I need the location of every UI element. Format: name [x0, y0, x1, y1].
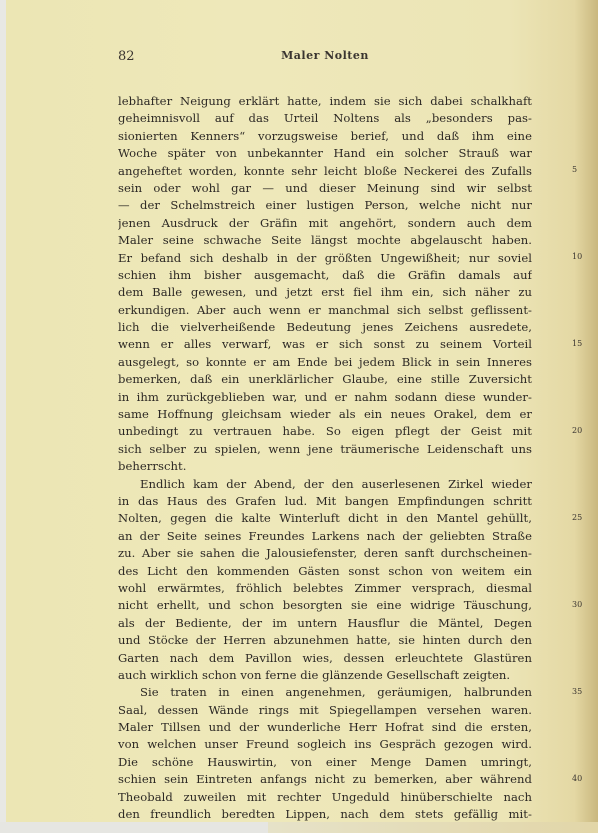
text-line: des Licht den kommenden Gästen sonst sch… — [118, 563, 532, 580]
line-number: 10 — [572, 252, 592, 261]
page-bottom-edge — [0, 822, 598, 833]
text-line: und Stöcke der Herren abzunehmen hatte, … — [118, 632, 532, 649]
text-line: sionierten Kenners“ vorzugsweise berief,… — [118, 128, 532, 145]
line-number: 15 — [572, 339, 592, 348]
text-line: jenen Ausdruck der Gräfin mit angehört, … — [118, 215, 532, 232]
text-line: Theobald zuweilen mit rechter Ungeduld h… — [118, 789, 532, 806]
text-line: angeheftet worden, konnte sehr leicht bl… — [118, 163, 532, 180]
text-line: beherrscht. — [118, 458, 532, 475]
text-line: schien ihm bisher ausgemacht, daß die Gr… — [118, 267, 532, 284]
text-line: den freundlich beredten Lippen, nach dem… — [118, 806, 532, 823]
text-line: wenn er alles verwarf, was er sich sonst… — [118, 336, 532, 353]
book-page: 82 Maler Nolten lebhafter Neigung erklär… — [6, 0, 598, 822]
text-line: Er befand sich deshalb in der größten Un… — [118, 250, 532, 267]
text-line: geheimnisvoll auf das Urteil Noltens als… — [118, 110, 532, 127]
text-line: Maler Tillsen und der wunderliche Herr H… — [118, 719, 532, 736]
line-number: 5 — [572, 165, 592, 174]
text-line: Die schöne Hauswirtin, von einer Menge D… — [118, 754, 532, 771]
text-line: in ihm zurückgeblieben war, und er nahm … — [118, 389, 532, 406]
line-number: 30 — [572, 600, 592, 609]
running-title: Maler Nolten — [118, 49, 532, 62]
line-number: 35 — [572, 687, 592, 696]
text-line: — der Schelmstreich einer lustigen Perso… — [118, 197, 532, 214]
text-line: Sie traten in einen angenehmen, geräumig… — [118, 684, 532, 701]
text-line: sich selber zu spielen, wenn jene träume… — [118, 441, 532, 458]
text-line: an der Seite seines Freundes Larkens nac… — [118, 528, 532, 545]
text-line: als der Bediente, der im untern Hausflur… — [118, 615, 532, 632]
text-line: Maler seine schwache Seite längst mochte… — [118, 232, 532, 249]
text-line: Endlich kam der Abend, der den auserlese… — [118, 476, 532, 493]
text-line: lich die vielverheißende Bedeutung jenes… — [118, 319, 532, 336]
text-line: lebhafter Neigung erklärt hatte, indem s… — [118, 93, 532, 110]
text-line: Woche später von unbekannter Hand ein so… — [118, 145, 532, 162]
line-number: 25 — [572, 513, 592, 522]
text-line: auch wirklich schon von ferne die glänze… — [118, 667, 532, 684]
text-line: bemerken, daß ein unerklärlicher Glaube,… — [118, 371, 532, 388]
text-line: dem Balle gewesen, und jetzt erst fiel i… — [118, 284, 532, 301]
page-header: 82 Maler Nolten — [118, 49, 532, 65]
text-line: Saal, dessen Wände rings mit Spiegellamp… — [118, 702, 532, 719]
text-line: erkundigen. Aber auch wenn er manchmal s… — [118, 302, 532, 319]
text-line: unbedingt zu vertrauen habe. So eigen pf… — [118, 423, 532, 440]
text-line: same Hoffnung gleichsam wieder als ein n… — [118, 406, 532, 423]
text-line: Nolten, gegen die kalte Winterluft dicht… — [118, 510, 532, 527]
text-line: schien sein Eintreten anfangs nicht zu b… — [118, 771, 532, 788]
text-line: von welchen unser Freund sogleich ins Ge… — [118, 736, 532, 753]
text-line: zu. Aber sie sahen die Jalousiefenster, … — [118, 545, 532, 562]
text-line: ausgelegt, so konnte er am Ende bei jede… — [118, 354, 532, 371]
text-line: nicht erhellt, und schon besorgten sie e… — [118, 597, 532, 614]
text-line: in das Haus des Grafen lud. Mit bangen E… — [118, 493, 532, 510]
text-line: Garten nach dem Pavillon wies, dessen er… — [118, 650, 532, 667]
line-number: 20 — [572, 426, 592, 435]
text-line: sein oder wohl gar — und dieser Meinung … — [118, 180, 532, 197]
text-line: wohl erwärmtes, fröhlich belebtes Zimmer… — [118, 580, 532, 597]
body-text: lebhafter Neigung erklärt hatte, indem s… — [118, 93, 532, 833]
line-number: 40 — [572, 774, 592, 783]
